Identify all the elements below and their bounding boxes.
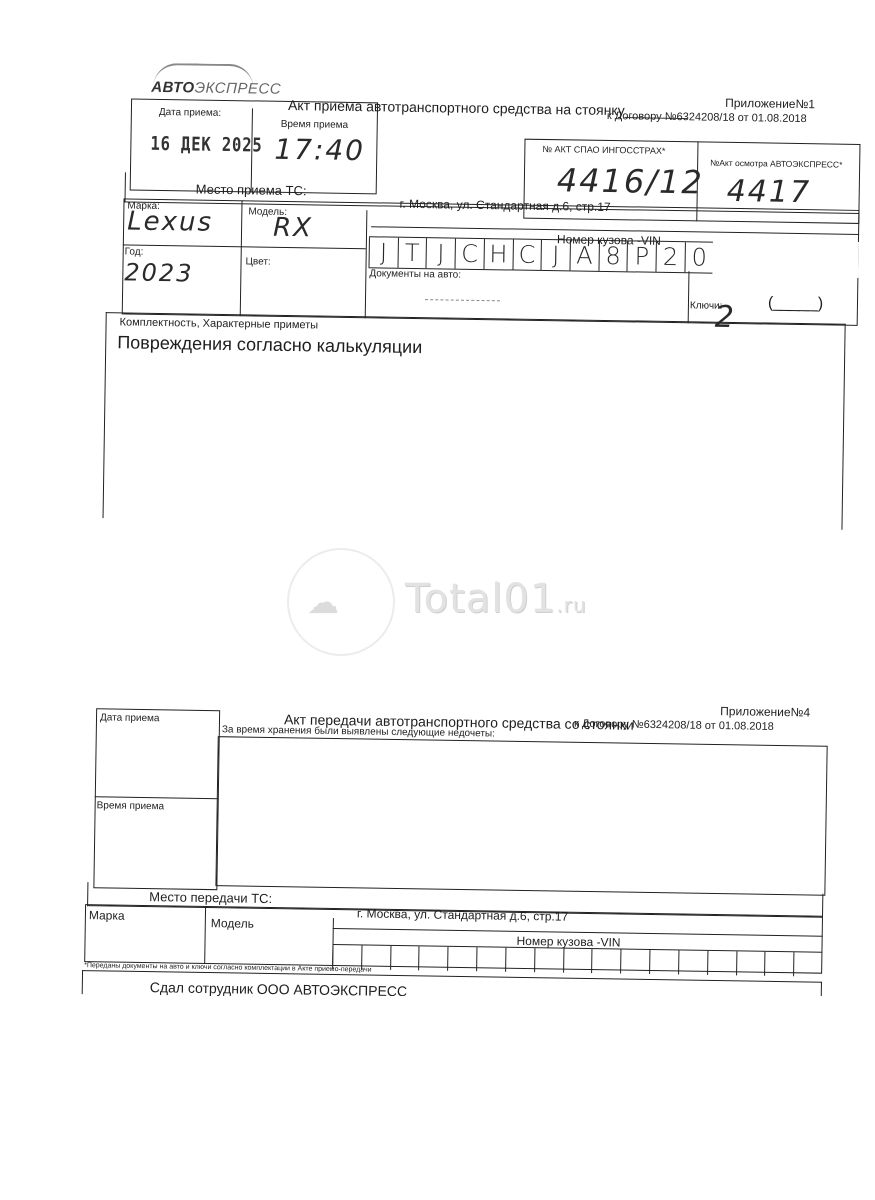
place-label: Место передачи ТС: <box>149 889 272 906</box>
vin-empty-cell <box>620 950 649 974</box>
defects-box <box>215 736 827 896</box>
time-label: Время приема <box>97 800 165 812</box>
vin-empty-cell <box>563 949 592 973</box>
vin-empty-cell <box>419 946 448 970</box>
vin-empty-cell <box>591 949 620 973</box>
vin-empty-cell <box>390 946 419 970</box>
vin-empty-cell <box>793 952 822 976</box>
vin-empty-cell <box>534 948 563 972</box>
vin-empty-cell <box>505 948 534 972</box>
vin-empty-cell <box>476 947 505 971</box>
vin-empty-cell <box>736 951 765 975</box>
vin-empty-cell <box>447 947 476 971</box>
blank-margin <box>0 996 875 1200</box>
date-time-block <box>93 708 220 890</box>
model-label: Модель <box>211 916 254 931</box>
vin-empty-cell <box>707 951 736 975</box>
appendix-number: Приложение№4 <box>720 704 810 719</box>
make-label: Марка <box>89 908 125 923</box>
vin-empty-cell <box>649 950 678 974</box>
vin-empty-cell <box>678 950 707 974</box>
vin-empty-cell <box>764 952 793 976</box>
date-label: Дата приема <box>100 712 160 724</box>
